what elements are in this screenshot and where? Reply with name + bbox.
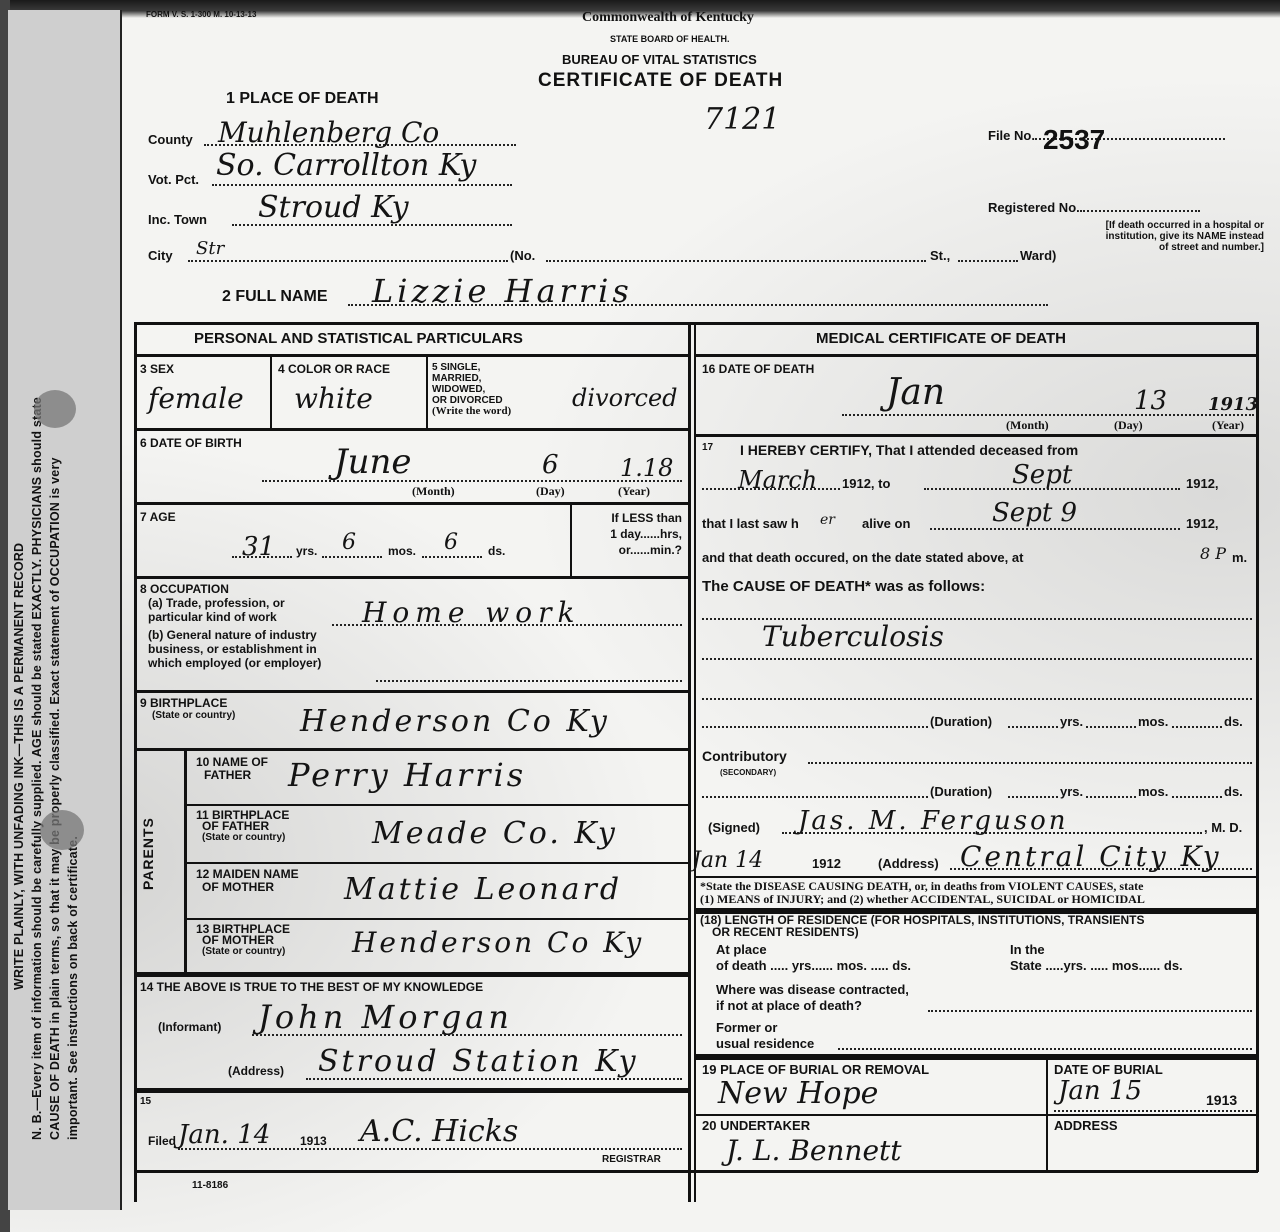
duration-yrs: yrs. [1060,784,1083,799]
margin-line: CAUSE OF DEATH in plain terms, so that i… [46,20,64,1180]
birthplace-hint: (State or country) [152,710,235,721]
contributory-label: Contributory [702,748,787,764]
residence-label: (18) LENGTH OF RESIDENCE (FOR HOSPITALS,… [700,914,1144,938]
filed-number: 15 [140,1096,151,1107]
no-label: (No. [510,248,535,263]
county-label: County [148,132,193,147]
occupation-label: 8 OCCUPATION [140,582,229,596]
alive-on-label: alive on [862,516,910,531]
registered-no-text: Registered No. [988,200,1080,215]
age-label: 7 AGE [140,510,176,524]
certificate-title: CERTIFICATE OF DEATH [538,70,783,92]
former-residence-dots [838,1048,1252,1050]
mother-bp-label-line: OF MOTHER [196,935,290,946]
filed-year: 1913 [300,1134,327,1148]
dod-month: Jan [886,372,945,413]
mother-birthplace-value: Henderson Co Ky [352,926,644,959]
marital-label-line: MARRIED, [432,373,511,384]
rule [134,354,690,357]
undertaker-address-label: ADDRESS [1054,1118,1118,1133]
less-than-line: or......min.? [578,542,682,558]
age-years: 31 [242,532,275,562]
parents-divider [184,748,187,974]
at-place-line: of death ..... yrs...... mos. ..... ds. [716,958,911,974]
rule [134,428,690,431]
handwritten-number: 7121 [704,102,780,137]
occ-b-line: (b) General nature of industry [148,628,321,642]
attended-from-year: 1912, to [842,476,890,491]
age-field: 31 yrs. 6 mos. 6 ds. [232,534,562,564]
undertaker-value: J. L. Bennett [726,1134,902,1167]
rule-heavy [134,972,690,977]
age-months: 6 [342,530,356,555]
contracted-dots [928,1010,1252,1012]
dod-day-caption: (Day) [1114,418,1143,433]
death-time-text: and that death occured, on the date stat… [702,550,1023,565]
city-label: City [148,248,173,263]
burial-place-value: New Hope [718,1076,878,1111]
footnote: *State the DISEASE CAUSING DEATH, or, in… [700,880,1145,906]
at-place-line: At place [716,942,911,958]
contributory-line [808,762,1252,764]
dod-month-caption: (Month) [1006,418,1049,433]
rule [1046,1060,1048,1172]
secondary-label: (SECONDARY) [720,768,776,777]
table-left-border [134,322,137,1202]
physician-address-row: Jan 14 1912 (Address) Central City Ky [692,846,1258,876]
county-field: County Muhlenberg Co [148,118,528,148]
full-name-value: Lizzie Harris [372,272,633,310]
table-right-border [1256,322,1259,1172]
mother-name-label: 12 MAIDEN NAME OF MOTHER [196,868,299,894]
burial-place-label: 19 PLACE OF BURIAL OR REMOVAL [702,1062,929,1077]
duration-ds: ds. [1224,714,1243,729]
informant-address-label: (Address) [228,1064,284,1078]
birthplace-value: Henderson Co Ky [300,704,610,739]
father-birthplace-value: Meade Co. Ky [372,816,618,851]
board-heading: STATE BOARD OF HEALTH. [610,34,730,44]
rule [270,354,272,428]
last-saw-pronoun: er [820,512,835,528]
signed-row: (Signed) Jas. M. Ferguson , M. D. [702,812,1258,842]
former-residence-line: usual residence [716,1036,814,1052]
place-of-death-heading: 1 PLACE OF DEATH [226,90,379,108]
race-label: 4 COLOR OR RACE [278,362,390,376]
dod-year: 1913 [1208,394,1258,415]
duration-row-primary: (Duration) yrs. mos. ds. [702,710,1258,734]
father-name-value: Perry Harris [288,756,526,794]
parents-label: PARENTS [140,817,156,890]
race-value: white [294,382,373,415]
vot-pct-label: Vot. Pct. [148,172,199,187]
rule [134,690,690,693]
md-label: , M. D. [1204,820,1242,835]
father-name-label-line: FATHER [196,769,268,782]
attended-to-year: 1912, [1186,476,1219,491]
city-field: City Str (No. St., Ward) [148,238,1068,268]
ds-label: ds. [488,544,505,558]
table-bottom-border [134,1170,1258,1173]
occ-a-line: particular kind of work [148,610,285,624]
attended-row: March 1912, to Sept 1912, [702,466,1258,496]
occupation-b-label: (b) General nature of industry business,… [148,628,321,670]
rule [694,1114,1258,1116]
rule [134,748,690,751]
informant-label: (Informant) [158,1020,221,1034]
mother-bp-label-line: (State or country) [196,946,290,957]
dob-day: 6 [542,450,559,480]
rule [186,918,690,920]
duration-label: (Duration) [930,784,992,799]
occ-b-line-dots [376,680,682,682]
ink-blot [34,390,76,428]
commonwealth-heading: Commonwealth of Kentucky [582,10,754,26]
inc-town-label: Inc. Town [148,212,207,227]
contracted-line: if not at place of death? [716,998,909,1014]
informant-value: John Morgan [258,998,513,1036]
vot-pct-value: So. Carrollton Ky [216,148,476,183]
form-number: FORM V. S. 1-300 M. 10-13-13 [146,10,256,19]
death-time-row: and that death occured, on the date stat… [702,544,1258,574]
death-certificate-form: FORM V. S. 1-300 M. 10-13-13 Commonwealt… [122,10,1270,1220]
address-label: (Address) [878,856,939,871]
mother-birthplace-label: 13 BIRTHPLACE OF MOTHER (State or countr… [196,924,290,957]
in-state-line: State .....yrs. ..... mos...... ds. [1010,958,1183,974]
burial-date-line [1054,1110,1252,1112]
dob-line [262,480,682,482]
rule-heavy [694,1054,1258,1060]
dod-line [842,414,1254,416]
marital-label: 5 SINGLE, MARRIED, WIDOWED, OR DIVORCED … [432,362,511,417]
cause-line-3 [702,698,1252,700]
bureau-heading: BUREAU OF VITAL STATISTICS [562,52,757,67]
signed-date: Jan 14 [692,848,763,873]
rule [694,434,1258,437]
rule [426,354,428,428]
former-residence: Former or usual residence [716,1020,814,1052]
duration-row-secondary: (Duration) yrs. mos. ds. [702,780,1258,804]
dod-label: 16 DATE OF DEATH [702,362,814,376]
informant-address-value: Stroud Station Ky [318,1044,639,1079]
last-saw-row: that I last saw h er alive on Sept 9 191… [702,506,1258,536]
certify-statement: I HEREBY CERTIFY, That I attended deceas… [740,442,1078,458]
occ-a-line: (a) Trade, profession, or [148,596,285,610]
in-the-state: In the State .....yrs. ..... mos...... d… [1010,942,1183,974]
margin-line: important. See instructions on back of c… [64,20,82,1180]
rule [134,576,690,579]
signed-year: 1912 [812,856,841,871]
file-no-value: 2537 [1043,124,1105,156]
death-time-suffix: m. [1232,550,1247,565]
physician-signature: Jas. M. Ferguson [798,806,1069,836]
full-name-field: 2 FULL NAME Lizzie Harris [222,278,1062,308]
at-place-of-death: At place of death ..... yrs...... mos. .… [716,942,911,974]
month-caption: (Month) [412,484,455,499]
full-name-label: 2 FULL NAME [222,288,327,306]
county-value: Muhlenberg Co [218,116,439,149]
occupation-a-value: Home work [362,596,580,629]
rule [134,502,690,505]
father-bp-label-line: OF FATHER [196,821,289,832]
contracted-line: Where was disease contracted, [716,982,909,998]
filed-label: Filed [148,1134,176,1148]
duration-ds: ds. [1224,784,1243,799]
less-than-day: If LESS than 1 day......hrs, or......min… [578,510,682,558]
registrar-label: REGISTRAR [602,1154,661,1165]
rule-heavy [134,1088,690,1093]
footnote-line: (1) MEANS of INJURY; and (2) whether ACC… [700,893,1145,906]
rule [186,862,690,864]
duration-label: (Duration) [930,714,992,729]
dod-day: 13 [1134,386,1167,416]
occ-b-line: business, or establishment in [148,642,321,656]
city-value: Str [196,238,224,259]
marital-label-line: 5 SINGLE, [432,362,511,373]
marital-value: divorced [572,384,678,412]
cause-value: Tuberculosis [762,620,944,653]
burial-year-value: 1913 [1206,1092,1237,1108]
undertaker-label: 20 UNDERTAKER [702,1118,810,1133]
day-caption: (Day) [536,484,565,499]
disease-contracted: Where was disease contracted, if not at … [716,982,909,1014]
ink-blot [40,810,84,850]
former-residence-line: Former or [716,1020,814,1036]
certify-number: 17 [702,442,713,453]
rule [694,354,1258,357]
mother-name-label-line: OF MOTHER [196,881,299,894]
center-divider [688,322,691,1202]
voting-precinct-field: Vot. Pct. So. Carrollton Ky [148,158,568,188]
hospital-note: [If death occurred in a hospital or inst… [1094,220,1264,253]
last-saw-date: Sept 9 [992,498,1077,528]
sex-label: 3 SEX [140,362,174,376]
father-name-label: 10 NAME OF FATHER [196,756,268,782]
father-birthplace-label: 11 BIRTHPLACE OF FATHER (State or countr… [196,810,289,843]
duration-mos: mos. [1138,784,1168,799]
knowledge-statement: 14 THE ABOVE IS TRUE TO THE BEST OF MY K… [140,980,483,994]
inc-town-field: Inc. Town Stroud Ky [148,198,568,228]
last-saw-label: that I last saw h [702,516,799,531]
dob-year: 1.18 [620,454,673,482]
inc-town-value: Stroud Ky [258,190,409,225]
registrar-signature: A.C. Hicks [360,1114,518,1149]
ward-label: Ward) [1020,248,1056,263]
duration-mos: mos. [1138,714,1168,729]
marital-label-line: WIDOWED, [432,384,511,395]
year-caption: (Year) [618,484,650,499]
less-than-line: If LESS than [578,510,682,526]
print-code: 11-8186 [192,1180,228,1191]
mother-name-value: Mattie Leonard [344,872,622,907]
rule [186,804,690,806]
center-divider-inner [694,322,696,1202]
burial-date-label: DATE OF BURIAL [1054,1062,1163,1077]
st-label: St., [930,248,950,263]
medical-section-title: MEDICAL CERTIFICATE OF DEATH [816,330,1066,347]
dob-label: 6 DATE OF BIRTH [140,436,242,450]
death-time-value: 8 P [1200,544,1226,563]
dob-month: June [334,442,412,482]
occupation-a-label: (a) Trade, profession, or particular kin… [148,596,285,624]
mos-label: mos. [388,544,416,558]
age-days: 6 [444,530,458,555]
rule [694,876,1258,878]
duration-yrs: yrs. [1060,714,1083,729]
birthplace-label: 9 BIRTHPLACE [140,696,227,710]
signed-label: (Signed) [708,820,760,835]
marital-hint: (Write the word) [432,406,511,417]
margin-instructions: WRITE PLAINLY, WITH UNFADING INK—THIS IS… [10,20,82,1180]
dod-year-caption: (Year) [1212,418,1244,433]
occ-b-line: which employed (or employer) [148,656,321,670]
registered-no-label: Registered No. [988,200,1200,215]
attended-to: Sept [1012,460,1072,490]
cause-label: The CAUSE OF DEATH* was as follows: [702,578,985,595]
file-no-text: File No. [988,128,1035,143]
attended-from: March [738,466,817,494]
sex-value: female [148,382,244,415]
filed-date: Jan. 14 [178,1120,270,1150]
table-top-border [134,322,1258,325]
father-bp-label-line: (State or country) [196,832,289,843]
yrs-label: yrs. [296,544,317,558]
cause-line-2 [702,658,1252,660]
margin-line: N. B.—Every item of information should b… [28,20,46,1180]
margin-line: WRITE PLAINLY, WITH UNFADING INK—THIS IS… [10,20,28,1180]
burial-date-value: Jan 15 [1058,1076,1142,1106]
residence-label-line: OR RECENT RESIDENTS) [700,926,1144,938]
personal-section-title: PERSONAL AND STATISTICAL PARTICULARS [194,330,523,347]
less-than-line: 1 day......hrs, [578,526,682,542]
last-saw-year: 1912, [1186,516,1219,531]
physician-address-value: Central City Ky [960,840,1222,873]
in-state-line: In the [1010,942,1183,958]
file-no-label: File No. 2537 [988,128,1268,143]
rule [570,502,572,576]
